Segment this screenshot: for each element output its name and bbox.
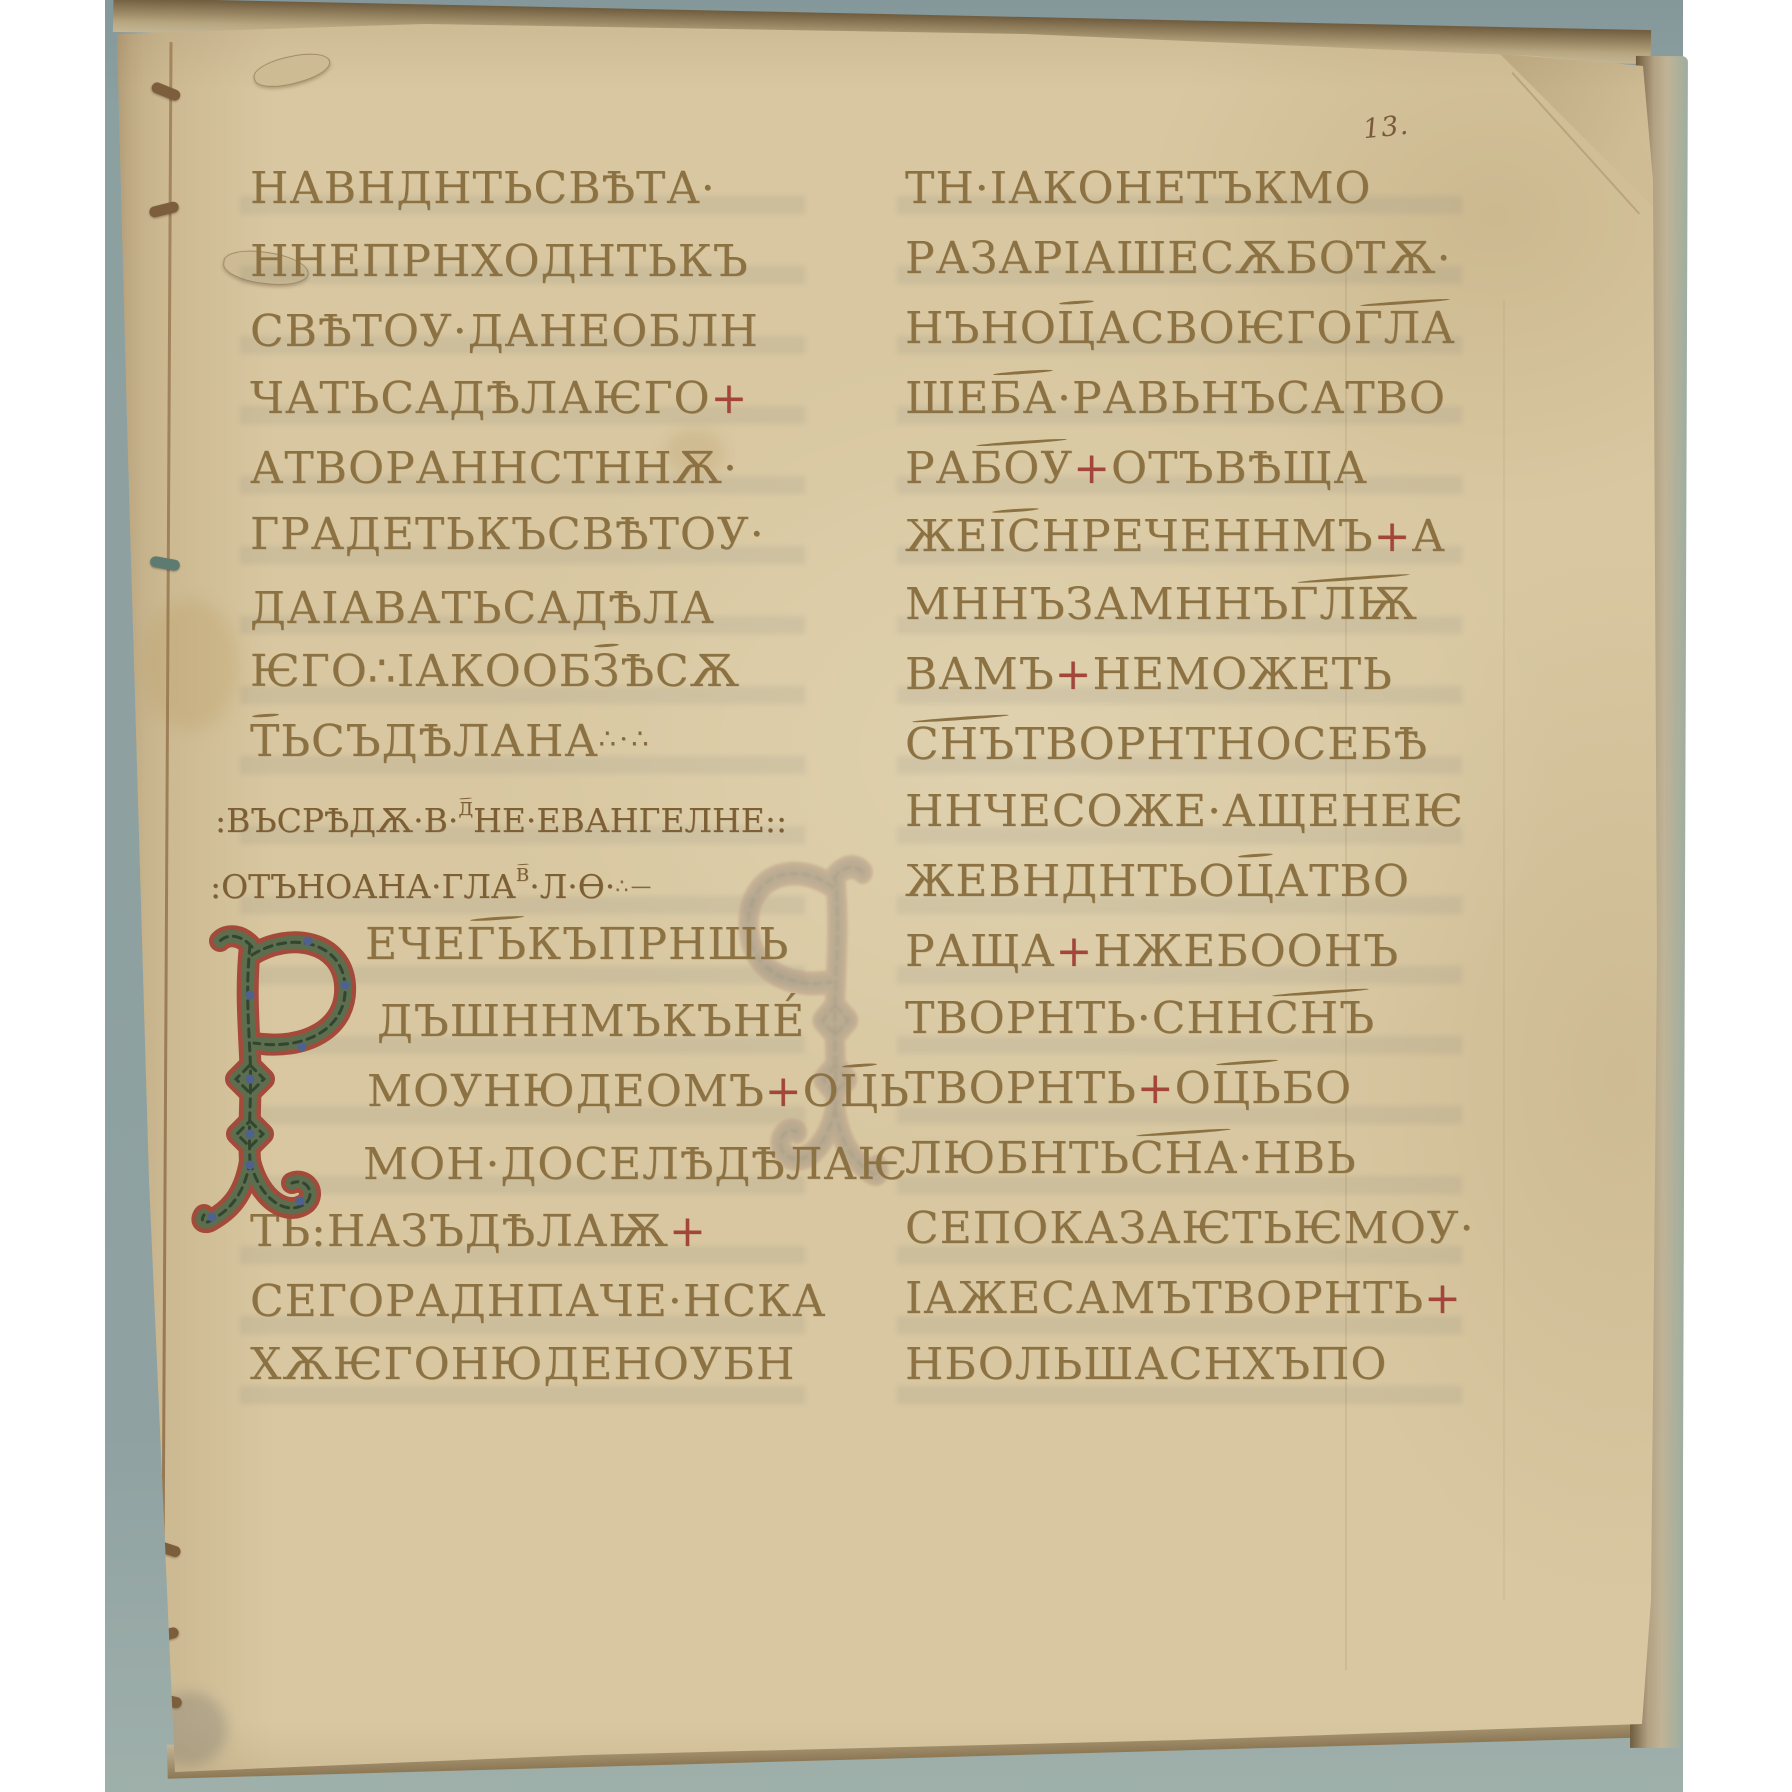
text-line-right-16: СЕПОКАЗАѤТЬѤМОУ· [905, 1207, 1475, 1251]
folio-number: 13. [1362, 110, 1411, 146]
text-line-right-6: ЖЕІСНРЕЧЕННМЪ+А [905, 515, 1446, 559]
text-line-right-12: РАЩА+НЖЕБООНЪ [905, 930, 1399, 974]
corner-fold-shading [1500, 50, 1660, 220]
deckle-tab [251, 47, 333, 93]
text-line-left-8: ѤГО∴ІАКООБЗѢСѪ [250, 650, 740, 694]
text-line-right-10: ННЧЕСОЖЕ·АЩЕНЕѤ [905, 790, 1464, 834]
text-line-right-11: ЖЕВНДНТЬОЦАТВО [905, 860, 1410, 904]
text-line-right-3: НЪНОЦАСВОѤГОГЛА [905, 307, 1456, 351]
text-line-left-17: СЕГОРАДНПАЧЕ·НСКА [250, 1280, 826, 1324]
text-line-right-8: ВАМЪ+НЕМОЖЕТЬ [905, 653, 1393, 697]
text-line-right-4: ШЕБА·РАВЬНЪСАТВО [905, 377, 1446, 421]
text-line-left-1: НАВНДНТЬСВѢТА· [250, 167, 716, 211]
parchment-page: НАВНДНТЬСВѢТА·ННЕПРНХОДНТЬКЪСВѢТОУ·ДАНЕО… [105, 0, 1684, 1792]
text-line-left-15: МОН·ДОСЕЛѢДѢЛАѤ [363, 1143, 908, 1187]
text-line-left-18: ХѪѤГОНЮДЕНОУБН [250, 1343, 795, 1387]
illuminated-initial-r [190, 925, 360, 1237]
text-line-left-11: :ОТЪНОАНА·ГЛАВ·Л·Ѳ· ∴— [210, 867, 654, 903]
text-line-right-17: ІАЖЕСАМЪТВОРНТЬ+ [905, 1277, 1462, 1321]
text-line-right-1: ТН·ІАКОНЕТЪКМО [905, 167, 1372, 211]
stain [143, 600, 239, 730]
text-line-right-18: НБОЛЬШАСНХЪПО [905, 1343, 1387, 1387]
photo-backdrop: НАВНДНТЬСВѢТА·ННЕПРНХОДНТЬКЪСВѢТОУ·ДАНЕО… [105, 0, 1683, 1792]
parchment-crease [1503, 300, 1505, 1600]
text-line-right-5: РАБОУ+ОТЪВѢЩА [905, 447, 1368, 491]
text-line-right-13: ТВОРНТЬ·СННСНЪ [905, 997, 1375, 1041]
stain [151, 1692, 227, 1766]
text-line-left-4: ЧАТЬСАДѢЛАѤГО+ [250, 377, 748, 421]
text-line-right-7: МННЪЗАМННЪГЛѬ [905, 583, 1418, 627]
text-line-right-14: ТВОРНТЬ+ОЦЬБО [905, 1067, 1352, 1111]
text-line-left-6: ГРАДЕТЬКЪСВѢТОУ· [250, 513, 765, 557]
stitch-knot [148, 201, 180, 219]
stitch-knot [148, 1626, 180, 1645]
stitch-knot [150, 81, 182, 102]
stitch-knot [149, 555, 180, 571]
stitch-knot [150, 1539, 182, 1559]
text-line-left-12: ЕЧЕГЬКЪПРНШЬ [365, 923, 789, 967]
text-line-left-2: ННЕПРНХОДНТЬКЪ [250, 240, 749, 284]
text-line-left-7: ДАІАВАТЬСАДѢЛА [250, 587, 715, 631]
text-line-left-13: ДЪШННМЪКЪНЕ́ [377, 1000, 805, 1044]
text-line-left-9: ТЬСЪДѢЛАНА ∴·∴ [250, 720, 652, 764]
text-line-right-15: ЛЮБНТЬСНА·НВЬ [905, 1137, 1357, 1181]
text-line-right-2: РАЗАРІАШЕСѪБОТѪ· [905, 237, 1452, 281]
text-line-right-9: СНЪТВОРНТНОСЕБѢ [905, 723, 1428, 767]
text-line-left-3: СВѢТОУ·ДАНЕОБЛН [250, 310, 759, 354]
binding-thread [160, 42, 172, 1764]
text-line-left-5: АТВОРАННСТННѪ· [250, 447, 738, 491]
text-line-left-14: МОУНЮДЕОМЪ+ОЦЬ [367, 1070, 910, 1114]
text-line-left-10: :ВЪСРѢДѪ·В·ДНЕ·ЕВАНГЕЛНЕ:: [215, 801, 787, 837]
